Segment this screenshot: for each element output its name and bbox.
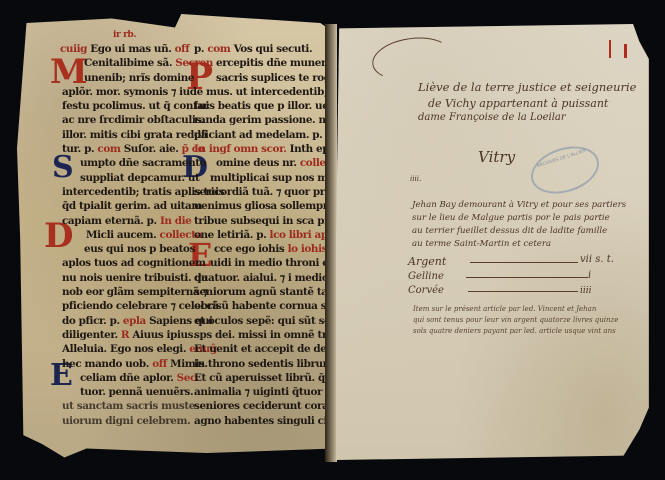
body-line: Jehan Bay demourant à Vitry et pour ses … (412, 200, 626, 210)
due-value-gelline: i (588, 270, 591, 281)
folio-mark (609, 40, 611, 58)
marginal-note: iiii. (410, 175, 421, 183)
title-line: Liève de la terre justice et seigneurie (418, 80, 636, 94)
due-label-gelline: Gelline (408, 271, 444, 282)
footnote-line: Item sur le présent article par led. Vin… (413, 305, 596, 313)
title-line: de Vichy appartenant à puissant (428, 97, 608, 110)
due-label-corvee: Corvée (408, 285, 444, 296)
section-heading: Vitry (478, 148, 515, 166)
due-label-argent: Argent (408, 255, 446, 268)
due-value-argent: vii s. t. (580, 254, 614, 265)
due-rule (470, 262, 578, 263)
due-rule (468, 291, 578, 292)
folio-mark (624, 44, 627, 58)
folio-header: ir rb. (113, 28, 136, 42)
footnote-line: sols quatre deniers payant par led. arti… (413, 327, 616, 335)
footnote-line: qui sont tenus pour leur vin argent quat… (413, 316, 618, 324)
body-line: au terme Saint-Martin et cetera (412, 239, 551, 249)
body-line: au terrier fueillet dessus dit de ladite… (412, 226, 607, 236)
due-rule (466, 277, 588, 278)
due-value-corvee: iiii (580, 286, 592, 296)
body-line: sur le lieu de Malgue partis por le pais… (412, 213, 610, 223)
title-line: dame Françoise de la Loeilar (418, 112, 566, 123)
book-spine-gutter (325, 24, 337, 462)
